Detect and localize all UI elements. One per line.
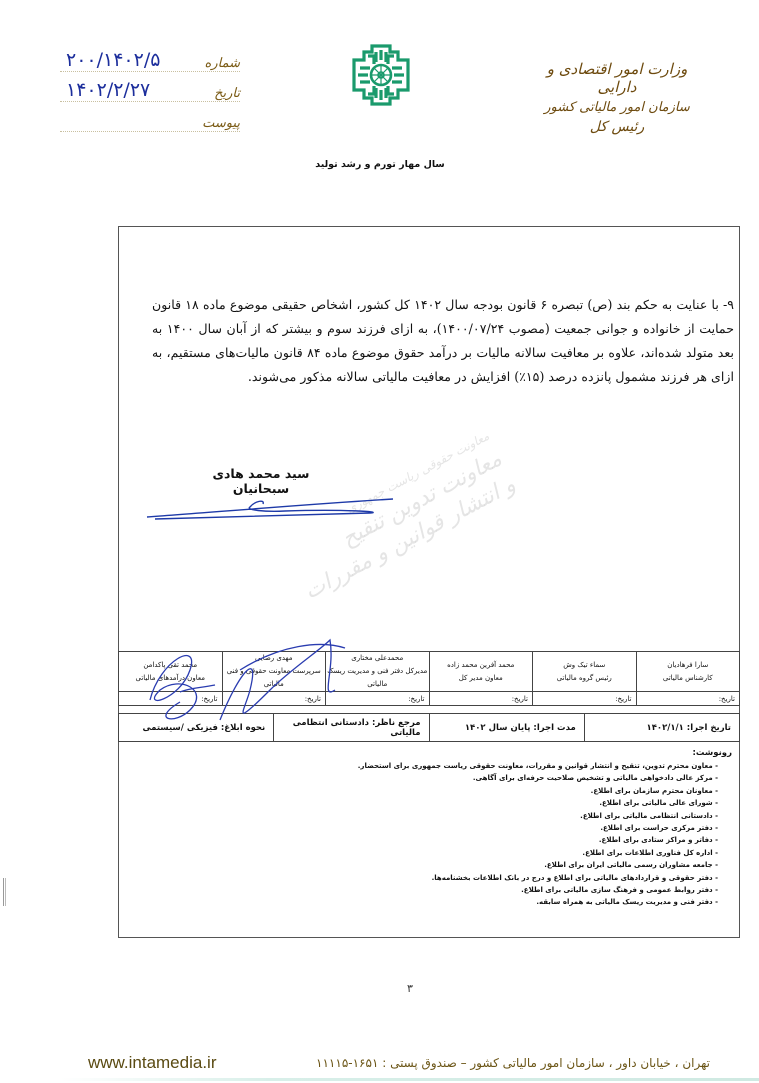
- footer-address: تهران ، خیابان داور ، سازمان امور مالیات…: [270, 1056, 710, 1070]
- approval-cell: محمد آفرین محمد زادهمعاون مدیر کل: [429, 652, 533, 692]
- approval-cell: سماء تیک وشرئیس گروه مالیاتی: [533, 652, 637, 692]
- approvals-table: سارا فرهادیانکارشناس مالیاتی سماء تیک وش…: [118, 651, 740, 706]
- tax-organization-emblem-icon: [352, 44, 410, 106]
- signer-name: سید محمد هادی سبحانیان: [186, 466, 336, 496]
- letter-date-label: تاریخ: [200, 86, 240, 101]
- ministry-name: وزارت امور اقتصادی و دارایی: [527, 60, 707, 96]
- delivery-method: نحوه ابلاغ: فیزیکی /سیستمی: [119, 714, 274, 742]
- circular-paragraph: ۹- با عنایت به حکم بند (ص) تبصره ۶ قانون…: [152, 293, 734, 389]
- cc-item: دفتر فنی و مدیریت ریسک مالیاتی به همراه …: [300, 896, 718, 908]
- cc-item: دفتر حقوقی و قراردادهای مالیاتی برای اطل…: [300, 872, 718, 884]
- organization-name: سازمان امور مالیاتی کشور: [527, 100, 707, 115]
- cc-item: دفتر مرکزی حراست برای اطلاع.: [300, 822, 718, 834]
- execution-duration: مدت اجرا: پایان سال ۱۴۰۲: [429, 714, 584, 742]
- letter-date-value: ۱۴۰۲/۲/۲۷: [60, 79, 200, 101]
- cc-item: شورای عالی مالیاتی برای اطلاع.: [300, 797, 718, 809]
- cc-item: دفتر روابط عمومی و فرهنگ سازی مالیاتی بر…: [300, 884, 718, 896]
- scan-artifact: [3, 878, 6, 906]
- execution-date: تاریخ اجرا: ۱۴۰۲/۱/۱: [584, 714, 739, 742]
- approval-cell: سارا فرهادیانکارشناس مالیاتی: [636, 652, 740, 692]
- letter-date-row: تاریخ ۱۴۰۲/۲/۲۷: [60, 74, 240, 102]
- letter-attachment-row: پیوست: [60, 104, 240, 132]
- approval-date: تاریخ:: [636, 692, 740, 706]
- page-number: ۳: [400, 982, 420, 995]
- cc-item: اداره کل فناوری اطلاعات برای اطلاع.: [300, 847, 718, 859]
- cc-title: رونوشت:: [300, 748, 732, 758]
- signature-icon: [145, 495, 395, 525]
- office-title: رئیس کل: [527, 119, 707, 135]
- approval-date: تاریخ:: [222, 692, 326, 706]
- cc-item: دادستانی انتظامی مالیاتی برای اطلاع.: [300, 810, 718, 822]
- letter-number-row: شماره ۲۰۰/۱۴۰۲/۵: [60, 44, 240, 72]
- cc-item: جامعه مشاوران رسمی مالیاتی ایران برای اط…: [300, 859, 718, 871]
- cc-section: رونوشت: معاون محترم تدوین، تنقیح و انتشا…: [300, 748, 732, 909]
- letter-number-value: ۲۰۰/۱۴۰۲/۵: [60, 49, 200, 71]
- approval-date: تاریخ:: [533, 692, 637, 706]
- ministry-header: وزارت امور اقتصادی و دارایی سازمان امور …: [527, 60, 707, 135]
- footer-website-link[interactable]: www.intamedia.ir: [88, 1053, 217, 1073]
- letter-attachment-label: پیوست: [200, 116, 240, 131]
- approval-cell: مهدی رضاییسرپرست معاونت حقوقی و فنی مالی…: [222, 652, 326, 692]
- approval-date: تاریخ:: [326, 692, 430, 706]
- supervising-authority: مرجع ناظر: دادستانی انتظامی مالیاتی: [274, 714, 429, 742]
- approval-date: تاریخ:: [119, 692, 223, 706]
- approval-cell: محمدعلی مختاریمدیرکل دفتر فنی و مدیریت ر…: [326, 652, 430, 692]
- execution-info-table: تاریخ اجرا: ۱۴۰۲/۱/۱ مدت اجرا: پایان سال…: [118, 713, 740, 742]
- footer-divider: [60, 1078, 759, 1081]
- cc-item: مرکز عالی دادخواهی مالیاتی و تشخیص صلاحی…: [300, 772, 718, 784]
- cc-item: معاونان محترم سازمان برای اطلاع.: [300, 785, 718, 797]
- letter-number-label: شماره: [200, 56, 240, 71]
- year-slogan: سال مهار تورم و رشد تولید: [300, 159, 460, 170]
- cc-item: دفاتر و مراکز ستادی برای اطلاع.: [300, 834, 718, 846]
- approval-date: تاریخ:: [429, 692, 533, 706]
- cc-item: معاون محترم تدوین، تنقیح و انتشار قوانین…: [300, 760, 718, 772]
- approval-cell: محمد تقی پاکدامنمعاون درآمدهای مالیاتی: [119, 652, 223, 692]
- cc-list: معاون محترم تدوین، تنقیح و انتشار قوانین…: [300, 760, 732, 909]
- letter-reference-block: شماره ۲۰۰/۱۴۰۲/۵ تاریخ ۱۴۰۲/۲/۲۷ پیوست: [60, 44, 240, 134]
